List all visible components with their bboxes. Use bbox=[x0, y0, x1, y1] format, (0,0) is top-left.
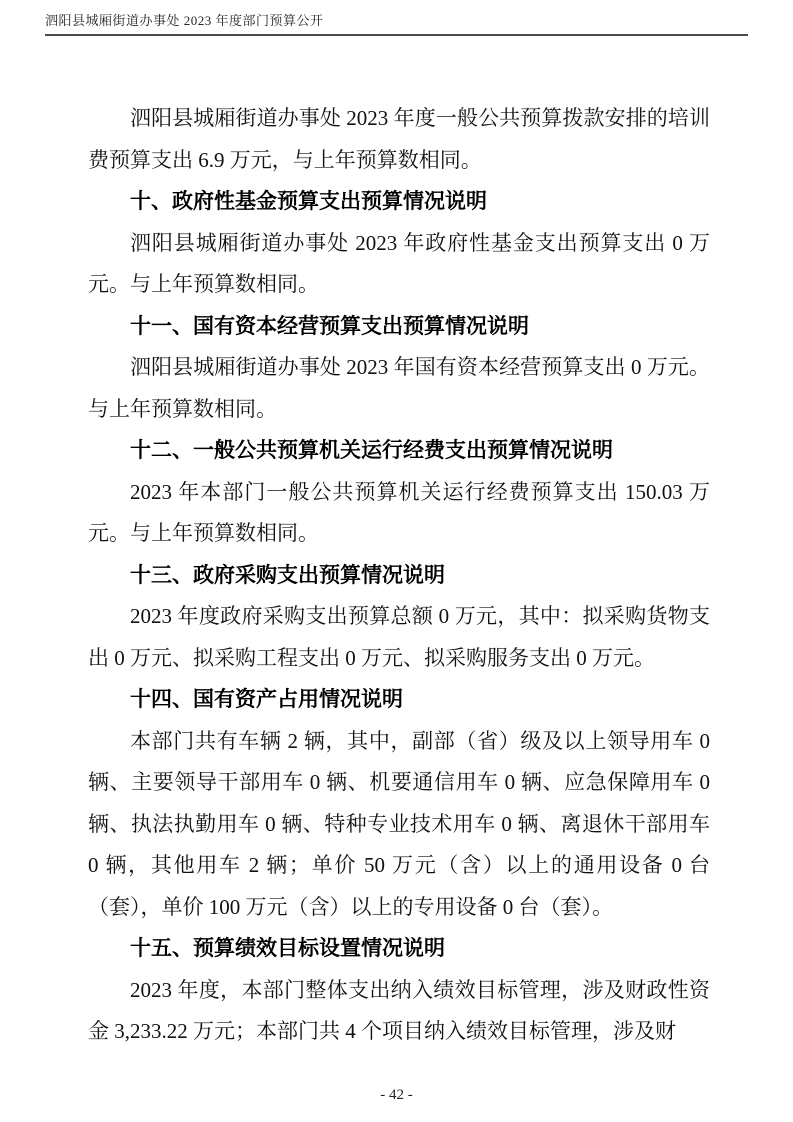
paragraph-gov-fund: 泗阳县城厢街道办事处 2023 年政府性基金支出预算支出 0 万元。与上年预算数… bbox=[88, 223, 710, 306]
section-heading-13: 十三、政府采购支出预算情况说明 bbox=[88, 555, 710, 597]
document-page: 泗阳县城厢街道办事处 2023 年度部门预算公开 泗阳县城厢街道办事处 2023… bbox=[0, 0, 793, 1122]
page-footer: - 42 - bbox=[0, 1087, 793, 1104]
page-header: 泗阳县城厢街道办事处 2023 年度部门预算公开 bbox=[45, 10, 748, 36]
paragraph-performance-target: 2023 年度，本部门整体支出纳入绩效目标管理，涉及财政性资金 3,233.22… bbox=[88, 970, 710, 1053]
section-heading-11: 十一、国有资本经营预算支出预算情况说明 bbox=[88, 306, 710, 348]
page-number: - 42 - bbox=[380, 1087, 413, 1103]
paragraph-training-fee: 泗阳县城厢街道办事处 2023 年度一般公共预算拨款安排的培训费预算支出 6.9… bbox=[88, 98, 710, 181]
paragraph-state-assets: 本部门共有车辆 2 辆，其中，副部（省）级及以上领导用车 0 辆、主要领导干部用… bbox=[88, 721, 710, 929]
paragraph-state-capital: 泗阳县城厢街道办事处 2023 年国有资本经营预算支出 0 万元。与上年预算数相… bbox=[88, 347, 710, 430]
paragraph-operating-expense: 2023 年本部门一般公共预算机关运行经费预算支出 150.03 万元。与上年预… bbox=[88, 472, 710, 555]
document-body: 泗阳县城厢街道办事处 2023 年度一般公共预算拨款安排的培训费预算支出 6.9… bbox=[0, 34, 793, 1053]
section-heading-10: 十、政府性基金预算支出预算情况说明 bbox=[88, 181, 710, 223]
section-heading-12: 十二、一般公共预算机关运行经费支出预算情况说明 bbox=[88, 430, 710, 472]
section-heading-14: 十四、国有资产占用情况说明 bbox=[88, 679, 710, 721]
header-title: 泗阳县城厢街道办事处 2023 年度部门预算公开 bbox=[45, 13, 324, 28]
section-heading-15: 十五、预算绩效目标设置情况说明 bbox=[88, 928, 710, 970]
paragraph-procurement: 2023 年度政府采购支出预算总额 0 万元，其中：拟采购货物支出 0 万元、拟… bbox=[88, 596, 710, 679]
